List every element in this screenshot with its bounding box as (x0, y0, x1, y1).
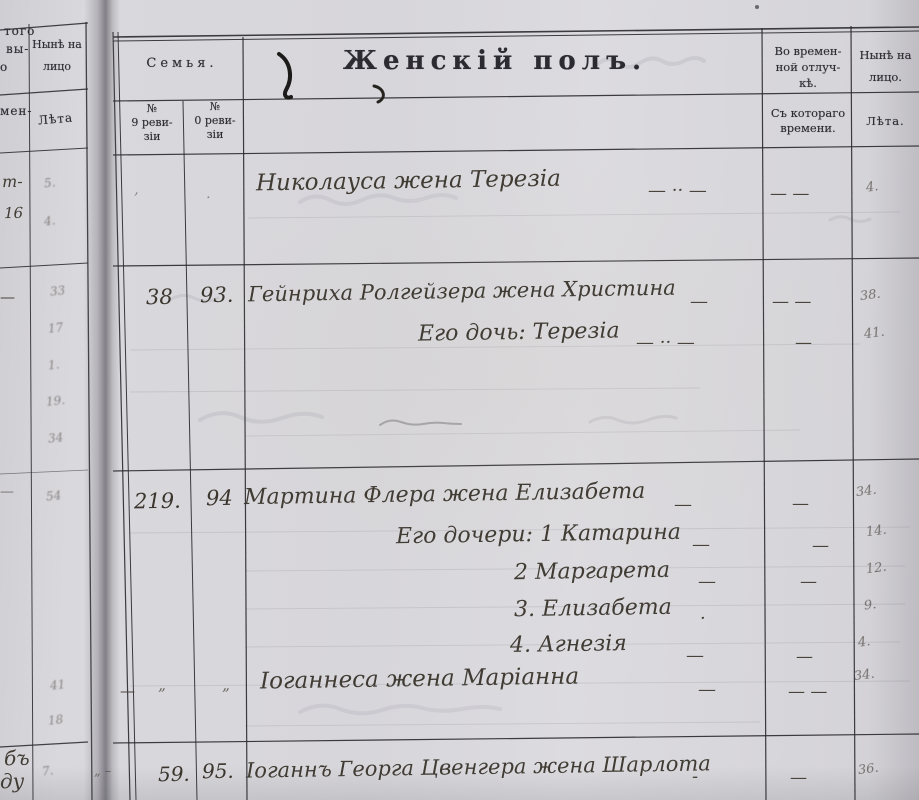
entry-age-value: 41. (863, 325, 885, 342)
entry-no10: „ (222, 676, 230, 694)
scanned-census-page: того вы- о мен- Нынѣ на лицо Лѣта т- 16 … (0, 0, 919, 800)
left-age-value: 1. (47, 357, 60, 372)
entry-age-value: 34. (855, 483, 877, 500)
rev9-header-line: 9 реви- (120, 116, 184, 129)
left-edge-dash: — (0, 484, 14, 500)
absence-header-line: кѣ. (764, 76, 852, 90)
left-edge-note: 16 (4, 204, 23, 222)
rev10-header-line: зіи (186, 128, 244, 141)
left-age-value: 17 (47, 320, 64, 336)
entry-name-text: Его дочери: 1 Катарина (396, 520, 681, 549)
entry-absence-mark: — (795, 333, 812, 353)
entry-leading-dash: — (120, 682, 135, 700)
entry-age-value: 4. (857, 634, 871, 650)
left-age-value: 18 (47, 712, 64, 728)
entry-trailing-dashes: — (698, 679, 716, 700)
entry-no10: 93. (200, 283, 234, 308)
entry-name-text: 2 Маргарета (514, 558, 670, 585)
entry-no9: 38 (146, 285, 173, 309)
rev9-header-line: № (120, 102, 184, 115)
entry-age-value: 4. (865, 179, 879, 195)
left-age-value: 4. (43, 213, 56, 228)
left-edge-note: т- (2, 172, 23, 191)
entry-absence-mark: — — (788, 682, 827, 702)
left-page-present-header-line2: лицо (28, 60, 86, 73)
present-subheader-years: Лѣта. (852, 114, 919, 128)
entry-age-value: 9. (863, 597, 877, 613)
entry-trailing-dashes: — ·· — (648, 180, 707, 201)
entry-no10: 94 (206, 486, 233, 510)
rev10-header-line: № (186, 100, 244, 113)
left-age-value: 7. (41, 763, 54, 778)
entry-absence-mark: — — (770, 184, 809, 204)
entry-absence-mark: — — (772, 292, 811, 312)
entry-absence-mark: — (800, 572, 817, 592)
gutter-ditto-marks: „ – (94, 764, 112, 779)
left-age-value: 5. (43, 175, 56, 190)
entry-no9: , (134, 182, 139, 198)
family-column-header: Семья. (120, 56, 244, 71)
absence-subheader-line: времени. (764, 121, 852, 135)
entry-absence-mark: — (812, 536, 829, 556)
left-age-value: 34 (47, 430, 64, 446)
entry-age-value: 14. (865, 523, 887, 540)
entry-age-value: 12. (865, 560, 887, 577)
page-title-female-sex: Женскій полъ. (255, 46, 735, 76)
entry-trailing-dashes: — (690, 291, 708, 312)
left-age-value: 41 (49, 677, 66, 693)
entry-age-value: 38. (859, 287, 881, 304)
left-page-header-fragment: о (0, 60, 7, 74)
left-age-value: 54 (45, 488, 62, 504)
entry-no10: . (206, 186, 211, 202)
entry-trailing-dashes: — (698, 571, 716, 592)
left-edge-dash: — (0, 288, 15, 306)
absence-header-line: ной отлуч- (764, 60, 852, 74)
left-age-value: 33 (49, 283, 66, 299)
entry-name-text: 3. Елизабета (514, 595, 672, 622)
present-header-line: Нынѣ на (852, 48, 919, 62)
entry-age-value: 36. (857, 761, 879, 778)
entry-name-text: 4. Агнезія (510, 631, 627, 658)
entry-trailing-dashes: — (686, 645, 704, 666)
entry-absence-mark: — (796, 647, 813, 667)
left-page-header-fragment: мен- (0, 104, 33, 118)
rev9-header-line: зіи (120, 130, 184, 143)
entry-no9: 59. (158, 762, 190, 786)
present-header-line: лицо. (852, 70, 919, 84)
absence-subheader-line: Съ котораго (764, 106, 852, 120)
entry-no9: „ (158, 676, 166, 694)
entry-no10: 95. (202, 759, 234, 783)
left-edge-note: ду (0, 769, 24, 793)
entry-trailing-dashes: — ·· — (636, 332, 695, 353)
left-age-value: 19. (45, 393, 65, 409)
left-page-header-fragment: вы- (6, 42, 29, 56)
entry-no9: 219. (134, 489, 181, 514)
entry-trailing-dashes: — (674, 494, 692, 515)
absence-header-line: Во времен- (764, 44, 852, 58)
left-page-header-fragment: того (4, 24, 35, 38)
entry-age-value: 34. (853, 667, 875, 684)
entry-name-text: Его дочь: Терезіа (418, 318, 620, 346)
entry-name-text: Іоганнеса жена Маріанна (260, 663, 579, 694)
entry-trailing-dashes: - (692, 766, 698, 787)
entry-name-text: Николауса жена Терезіа (256, 166, 561, 197)
entry-trailing-dashes: · (700, 608, 706, 629)
entry-absence-mark: — (790, 768, 807, 788)
entry-absence-mark: — (792, 494, 809, 514)
left-edge-note: бъ (4, 746, 30, 770)
rev10-header-line: 0 реви- (186, 114, 244, 127)
entry-trailing-dashes: — (692, 534, 710, 555)
left-page-present-header-line1: Нынѣ на (28, 38, 86, 51)
